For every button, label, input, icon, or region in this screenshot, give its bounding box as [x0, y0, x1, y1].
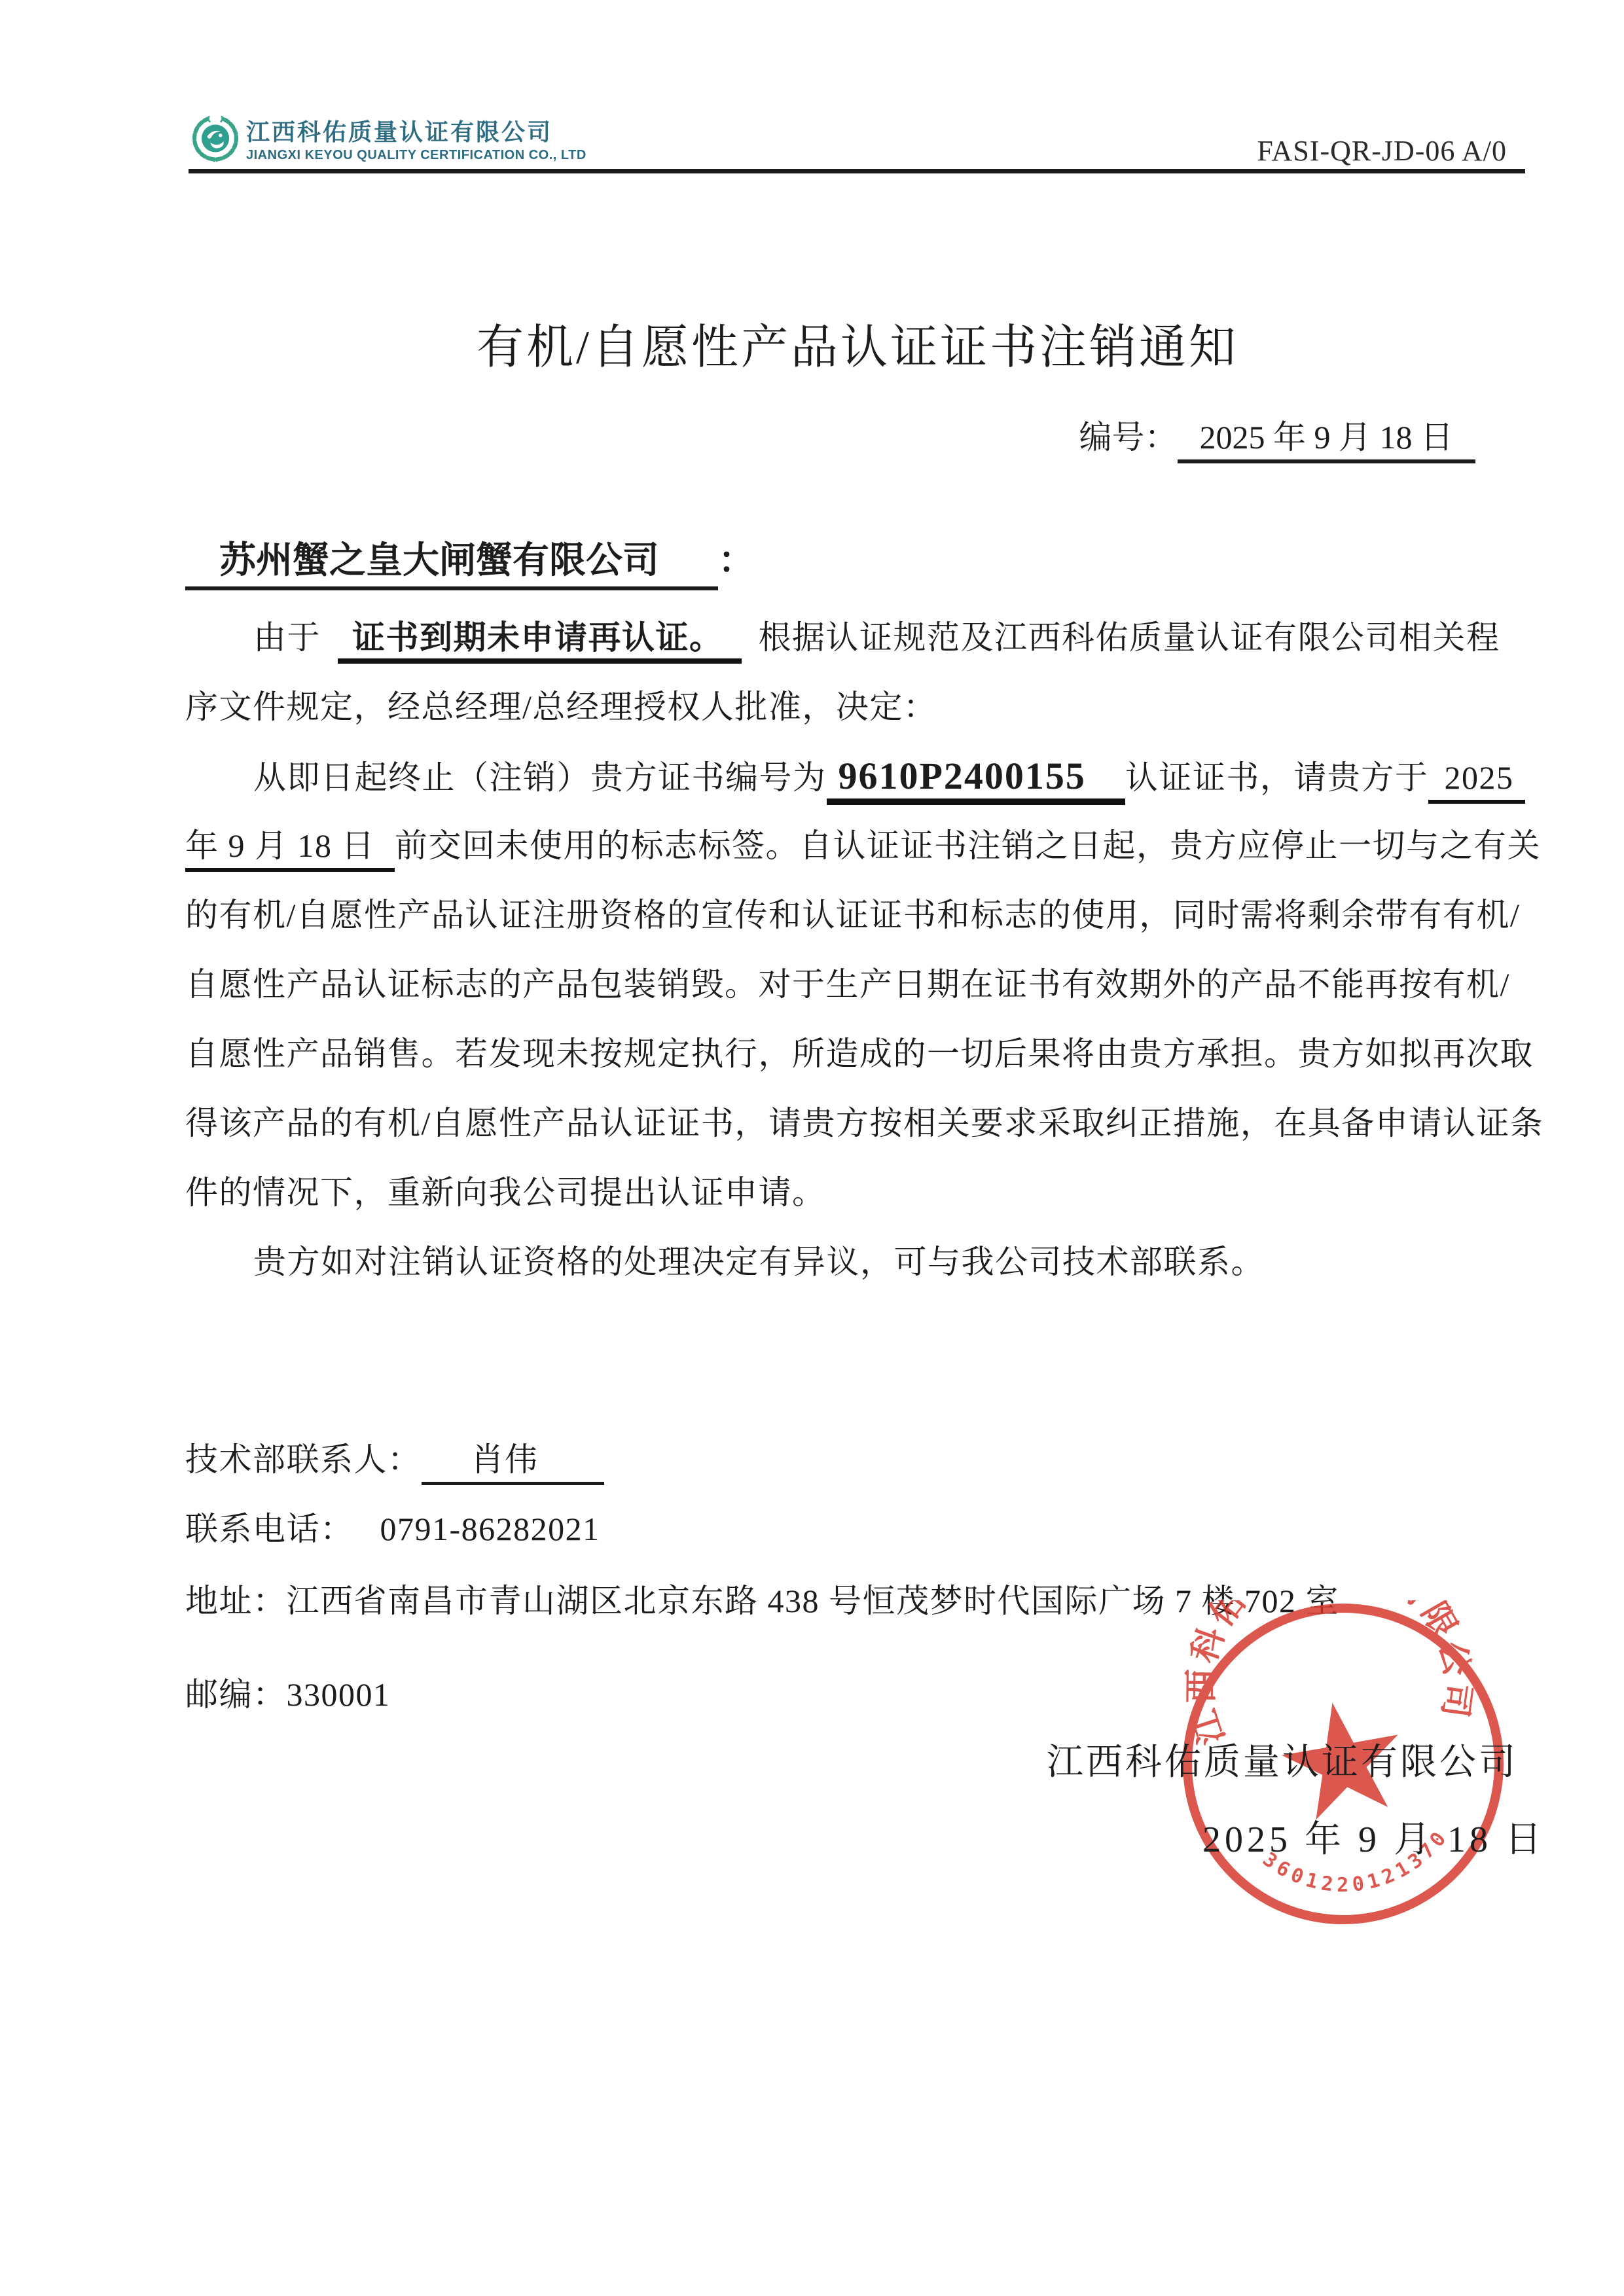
page-title: 有机/自愿性产品认证证书注销通知: [190, 309, 1525, 377]
body-text: 前交回未使用的标志标签。自认证证书注销之日起，贵方应停止一切与之有关: [395, 827, 1541, 864]
body-text: 从即日起终止（注销）贵方证书编号为: [253, 759, 827, 796]
company-logo-emblem: [190, 113, 241, 166]
addressee-company: 苏州蟹之皇大闸蟹有限公司: [185, 541, 718, 590]
phone-line: 联系电话：0791-86282021: [185, 1503, 600, 1550]
number-line: 编号：2025 年 9 月 18 日: [1079, 411, 1476, 458]
company-logo-text: 江西科佑质量认证有限公司 JIANGXI KEYOU QUALITY CERTI…: [246, 119, 586, 164]
return-date-rest: 年 9 月 18 日: [185, 827, 395, 872]
body-line: 自愿性产品认证标志的产品包装销毁。对于生产日期在证书有效期外的产品不能再按有机/: [185, 950, 1534, 1019]
body-text: 自愿性产品认证标志的产品包装销毁。对于生产日期在证书有效期外的产品不能再按有机/: [185, 966, 1510, 1003]
phone-label: 联系电话：: [185, 1511, 354, 1547]
body-line: 贵方如对注销认证资格的处理决定有异议，可与我公司技术部联系。: [185, 1227, 1602, 1297]
document-code: FASI-QR-JD-06 A/0: [1257, 134, 1507, 168]
body-line: 从即日起终止（注销）贵方证书编号为9610P2400155认证证书，请贵方于20…: [185, 742, 1602, 811]
cancel-reason: 证书到期未申请再认证。: [338, 619, 742, 664]
postal-label: 邮编：: [185, 1676, 287, 1713]
body-text: 由于: [253, 619, 321, 656]
postal-code: 330001: [287, 1676, 391, 1713]
body-text: 的有机/自愿性产品认证注册资格的宣传和认证证书和标志的使用，同时需将剩余带有有机…: [185, 897, 1520, 933]
body-text: 贵方如对注销认证资格的处理决定有异议，可与我公司技术部联系。: [253, 1244, 1265, 1280]
certificate-number: 9610P2400155: [827, 755, 1125, 805]
tech-contact-name: 肖伟: [422, 1441, 604, 1485]
logo-name-cn: 江西科佑质量认证有限公司: [246, 119, 586, 145]
postal-line: 邮编：330001: [185, 1668, 391, 1715]
body-line: 得该产品的有机/自愿性产品认证证书，请贵方按相关要求采取纠正措施，在具备申请认证…: [185, 1088, 1534, 1158]
body-text: 序文件规定，经总经理/总经理授权人批准，决定：: [185, 689, 937, 725]
body-line: 的有机/自愿性产品认证注册资格的宣传和认证证书和标志的使用，同时需将剩余带有有机…: [185, 880, 1534, 950]
document-page: 江西科佑质量认证有限公司 JIANGXI KEYOU QUALITY CERTI…: [0, 0, 1624, 2296]
body-line: 序文件规定，经总经理/总经理授权人批准，决定：: [185, 672, 1534, 742]
body-line: 件的情况下，重新向我公司提出认证申请。: [185, 1158, 1534, 1227]
body-text: 得该产品的有机/自愿性产品认证证书，请贵方按相关要求采取纠正措施，在具备申请认证…: [185, 1105, 1543, 1141]
logo-name-en: JIANGXI KEYOU QUALITY CERTIFICATION CO.,…: [246, 147, 586, 164]
tech-contact-label: 技术部联系人：: [185, 1441, 422, 1478]
body-text: 认证证书，请贵方于: [1125, 759, 1429, 796]
body-line: 年 9 月 18 日前交回未使用的标志标签。自认证证书注销之日起，贵方应停止一切…: [185, 811, 1534, 880]
body-text: 自愿性产品销售。若发现未按规定执行，所造成的一切后果将由贵方承担。贵方如拟再次取: [185, 1035, 1534, 1072]
body-line: 由于证书到期未申请再认证。根据认证规范及江西科佑质量认证有限公司相关程: [185, 603, 1602, 672]
addressee-colon: ：: [718, 541, 755, 581]
signature-company: 江西科佑质量认证有限公司: [1047, 1733, 1518, 1785]
number-value: 2025 年 9 月 18 日: [1178, 419, 1476, 463]
header-rule: [189, 169, 1525, 173]
signature-date: 2025 年 9 月 18 日: [1202, 1810, 1545, 1863]
number-label: 编号：: [1079, 419, 1178, 456]
return-date-year: 2025: [1428, 759, 1525, 804]
body-text: 件的情况下，重新向我公司提出认证申请。: [185, 1174, 826, 1211]
phone-number: 0791-86282021: [354, 1511, 600, 1547]
addressee-line: 苏州蟹之皇大闸蟹有限公司：: [185, 531, 755, 584]
address-label: 地址：: [185, 1583, 287, 1619]
body-text: 根据认证规范及江西科佑质量认证有限公司相关程: [759, 619, 1500, 656]
address-line: 地址：江西省南昌市青山湖区北京东路 438 号恒茂梦时代国际广场 7 楼 702…: [185, 1575, 1339, 1622]
tech-contact-line: 技术部联系人：肖伟: [185, 1433, 604, 1480]
body-line: 自愿性产品销售。若发现未按规定执行，所造成的一切后果将由贵方承担。贵方如拟再次取: [185, 1019, 1534, 1088]
